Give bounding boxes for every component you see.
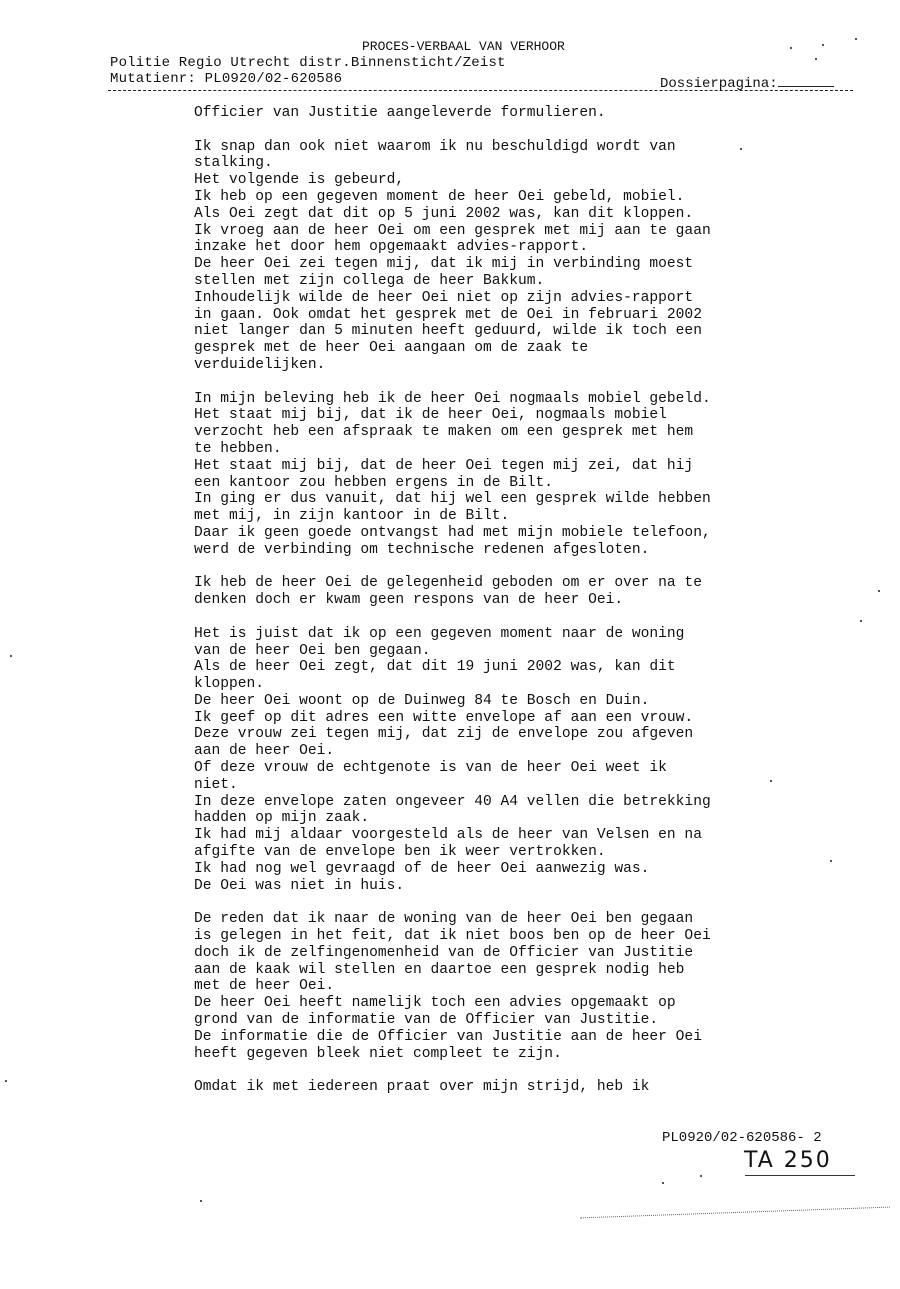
- statement-line: Ik heb op een gegeven moment de heer Oei…: [194, 189, 794, 206]
- statement-line: Of deze vrouw de echtgenote is van de he…: [194, 760, 794, 777]
- statement-line: Als Oei zegt dat dit op 5 juni 2002 was,…: [194, 206, 794, 223]
- statement-line: is gelegen in het feit, dat ik niet boos…: [194, 928, 794, 945]
- paragraph-gap: [194, 894, 794, 911]
- statement-line: met mij, in zijn kantoor in de Bilt.: [194, 508, 794, 525]
- handwritten-annotation: TA 250: [744, 1148, 832, 1173]
- statement-line: Ik had nog wel gevraagd of de heer Oei a…: [194, 861, 794, 878]
- statement-line: aan de kaak wil stellen en daartoe een g…: [194, 962, 794, 979]
- document-title: PROCES-VERBAAL VAN VERHOOR: [362, 39, 565, 54]
- paragraph-gap: [194, 609, 794, 626]
- statement-line: Ik had mij aldaar voorgesteld als de hee…: [194, 827, 794, 844]
- page-reference: PL0920/02-620586- 2: [662, 1130, 822, 1146]
- statement-line: Het staat mij bij, dat ik de heer Oei, n…: [194, 407, 794, 424]
- statement-line: te hebben.: [194, 441, 794, 458]
- statement-line: De heer Oei heeft namelijk toch een advi…: [194, 995, 794, 1012]
- statement-line: Het staat mij bij, dat de heer Oei tegen…: [194, 458, 794, 475]
- statement-line: De informatie die de Officier van Justit…: [194, 1029, 794, 1046]
- statement-line: stalking.: [194, 155, 794, 172]
- scan-speck: [830, 860, 832, 862]
- statement-line: hadden op mijn zaak.: [194, 810, 794, 827]
- statement-line: verduidelijken.: [194, 357, 794, 374]
- statement-line: met de heer Oei.: [194, 978, 794, 995]
- statement-line: denken doch er kwam geen respons van de …: [194, 592, 794, 609]
- statement-line: Ik vroeg aan de heer Oei om een gesprek …: [194, 223, 794, 240]
- scan-speck: [662, 1182, 664, 1184]
- statement-line: grond van de informatie van de Officier …: [194, 1012, 794, 1029]
- statement-line: Ik geef op dit adres een witte envelope …: [194, 710, 794, 727]
- statement-line: een kantoor zou hebben ergens in de Bilt…: [194, 475, 794, 492]
- statement-line: verzocht heb een afspraak te maken om ee…: [194, 424, 794, 441]
- statement-line: van de heer Oei ben gegaan.: [194, 643, 794, 660]
- statement-line: heeft gegeven bleek niet compleet te zij…: [194, 1046, 794, 1063]
- statement-line: Ik heb de heer Oei de gelegenheid gebode…: [194, 575, 794, 592]
- statement-line: Als de heer Oei zegt, dat dit 19 juni 20…: [194, 659, 794, 676]
- scan-speck: [700, 1175, 702, 1177]
- statement-line: In deze envelope zaten ongeveer 40 A4 ve…: [194, 794, 794, 811]
- statement-line: niet langer dan 5 minuten heeft geduurd,…: [194, 323, 794, 340]
- scan-speck: [10, 655, 12, 657]
- statement-line: gesprek met de heer Oei aangaan om de za…: [194, 340, 794, 357]
- handwritten-underline: [745, 1175, 855, 1176]
- statement-line: Het volgende is gebeurd,: [194, 172, 794, 189]
- statement-line: Inhoudelijk wilde de heer Oei niet op zi…: [194, 290, 794, 307]
- scan-speck: [790, 47, 792, 49]
- statement-line: De reden dat ik naar de woning van de he…: [194, 911, 794, 928]
- statement-line: kloppen.: [194, 676, 794, 693]
- paragraph-gap: [194, 122, 794, 139]
- scan-speck: [5, 1080, 7, 1082]
- scan-speck: [822, 44, 824, 46]
- statement-line: afgifte van de envelope ben ik weer vert…: [194, 844, 794, 861]
- statement-line: Het is juist dat ik op een gegeven momen…: [194, 626, 794, 643]
- scan-artifact-line: [580, 1207, 890, 1219]
- statement-body: Officier van Justitie aangeleverde formu…: [194, 105, 794, 1096]
- paragraph-gap: [194, 374, 794, 391]
- statement-line: Deze vrouw zei tegen mij, dat zij de env…: [194, 726, 794, 743]
- scan-speck: [770, 780, 772, 782]
- scan-speck: [860, 620, 862, 622]
- statement-line: De heer Oei woont op de Duinweg 84 te Bo…: [194, 693, 794, 710]
- header-divider: [108, 90, 853, 91]
- paragraph-gap: [194, 1062, 794, 1079]
- scan-speck: [740, 148, 742, 150]
- statement-line: De Oei was niet in huis.: [194, 878, 794, 895]
- statement-line: Officier van Justitie aangeleverde formu…: [194, 105, 794, 122]
- statement-line: In ging er dus vanuit, dat hij wel een g…: [194, 491, 794, 508]
- statement-line: niet.: [194, 777, 794, 794]
- statement-line: De heer Oei zei tegen mij, dat ik mij in…: [194, 256, 794, 273]
- statement-line: doch ik de zelfingenomenheid van de Offi…: [194, 945, 794, 962]
- statement-line: Daar ik geen goede ontvangst had met mij…: [194, 525, 794, 542]
- statement-line: inzake het door hem opgemaakt advies-rap…: [194, 239, 794, 256]
- scan-speck: [815, 58, 817, 60]
- statement-line: werd de verbinding om technische redenen…: [194, 542, 794, 559]
- organization-line: Politie Regio Utrecht distr.Binnensticht…: [110, 55, 506, 71]
- statement-line: Omdat ik met iedereen praat over mijn st…: [194, 1079, 794, 1096]
- scan-speck: [200, 1200, 202, 1202]
- statement-line: stellen met zijn collega de heer Bakkum.: [194, 273, 794, 290]
- statement-line: In mijn beleving heb ik de heer Oei nogm…: [194, 391, 794, 408]
- scan-speck: [878, 590, 880, 592]
- mutation-number: Mutatienr: PL0920/02-620586: [110, 71, 342, 87]
- paragraph-gap: [194, 559, 794, 576]
- scan-speck: [855, 38, 857, 40]
- dossier-blank-line: [778, 74, 834, 87]
- statement-line: in gaan. Ook omdat het gesprek met de Oe…: [194, 307, 794, 324]
- statement-line: aan de heer Oei.: [194, 743, 794, 760]
- statement-line: Ik snap dan ook niet waarom ik nu beschu…: [194, 139, 794, 156]
- document-page: PROCES-VERBAAL VAN VERHOOR Politie Regio…: [0, 0, 900, 1289]
